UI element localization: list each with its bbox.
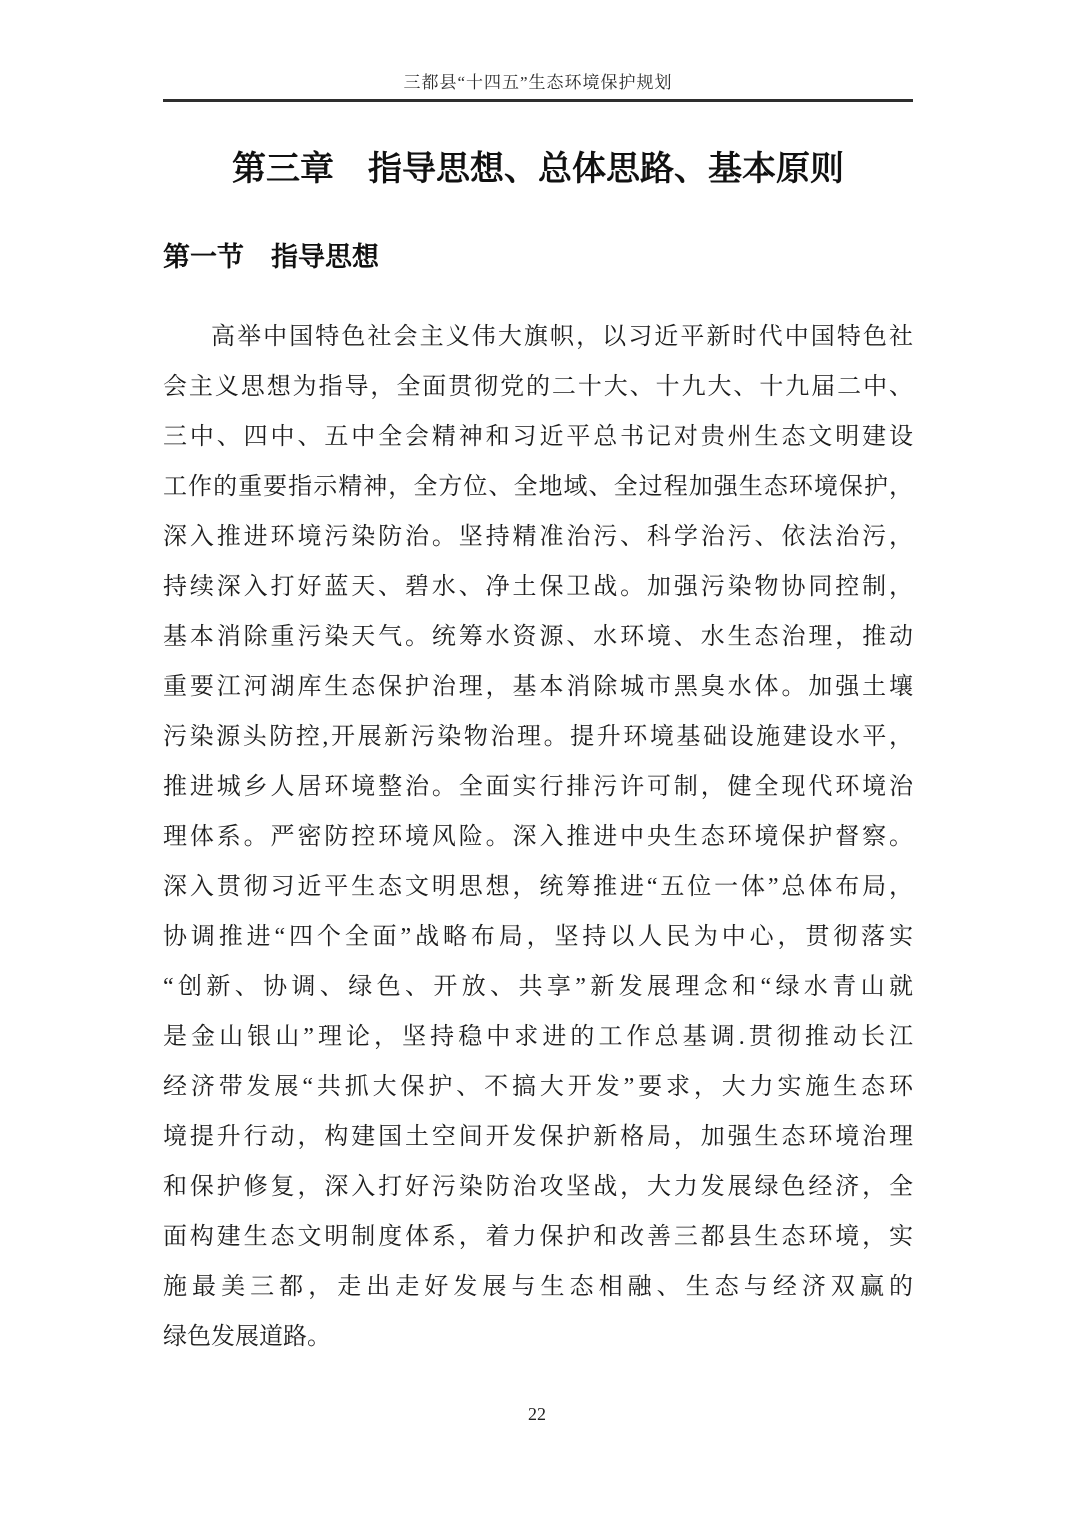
paragraph-line: 工作的重要指示精神，全方位、全地域、全过程加强生态环境保护， [163, 462, 913, 512]
chapter-title: 第三章 指导思想、总体思路、基本原则 [163, 146, 913, 194]
paragraph-line: 面构建生态文明制度体系，着力保护和改善三都县生态环境，实 [163, 1212, 913, 1262]
paragraph-line: 是金山银山”理论，坚持稳中求进的工作总基调.贯彻推动长江 [163, 1012, 913, 1062]
page-header: 三都县“十四五”生态环境保护规划 [163, 72, 913, 102]
paragraph-line: 理体系。严密防控环境风险。深入推进中央生态环境保护督察。 [163, 812, 913, 862]
paragraph-line: 持续深入打好蓝天、碧水、净土保卫战。加强污染物协同控制， [163, 562, 913, 612]
paragraph-line: 会主义思想为指导，全面贯彻党的二十大、十九大、十九届二中、 [163, 362, 913, 412]
page-number: 22 [0, 1404, 1074, 1425]
document-page: 三都县“十四五”生态环境保护规划 第三章 指导思想、总体思路、基本原则 第一节 … [0, 0, 1074, 1520]
section-title: 第一节 指导思想 [163, 238, 913, 276]
paragraph-line: 施最美三都，走出走好发展与生态相融、生态与经济双赢的 [163, 1262, 913, 1312]
paragraph-line: “创新、协调、绿色、开放、共享”新发展理念和“绿水青山就 [163, 962, 913, 1012]
paragraph-line: 重要江河湖库生态保护治理，基本消除城市黑臭水体。加强土壤 [163, 662, 913, 712]
paragraph-line: 高举中国特色社会主义伟大旗帜，以习近平新时代中国特色社 [163, 312, 913, 362]
paragraph-line: 基本消除重污染天气。统筹水资源、水环境、水生态治理，推动 [163, 612, 913, 662]
body-paragraph: 高举中国特色社会主义伟大旗帜，以习近平新时代中国特色社会主义思想为指导，全面贯彻… [163, 312, 913, 1362]
paragraph-line: 污染源头防控,开展新污染物治理。提升环境基础设施建设水平， [163, 712, 913, 762]
paragraph-line: 绿色发展道路。 [163, 1312, 913, 1362]
paragraph-line: 经济带发展“共抓大保护、不搞大开发”要求，大力实施生态环 [163, 1062, 913, 1112]
paragraph-line: 推进城乡人居环境整治。全面实行排污许可制，健全现代环境治 [163, 762, 913, 812]
paragraph-line: 和保护修复，深入打好污染防治攻坚战，大力发展绿色经济，全 [163, 1162, 913, 1212]
paragraph-line: 协调推进“四个全面”战略布局，坚持以人民为中心，贯彻落实 [163, 912, 913, 962]
paragraph-line: 三中、四中、五中全会精神和习近平总书记对贵州生态文明建设 [163, 412, 913, 462]
header-title: 三都县“十四五”生态环境保护规划 [403, 73, 672, 92]
paragraph-line: 境提升行动，构建国土空间开发保护新格局，加强生态环境治理 [163, 1112, 913, 1162]
paragraph-line: 深入贯彻习近平生态文明思想，统筹推进“五位一体”总体布局， [163, 862, 913, 912]
paragraph-line: 深入推进环境污染防治。坚持精准治污、科学治污、依法治污， [163, 512, 913, 562]
